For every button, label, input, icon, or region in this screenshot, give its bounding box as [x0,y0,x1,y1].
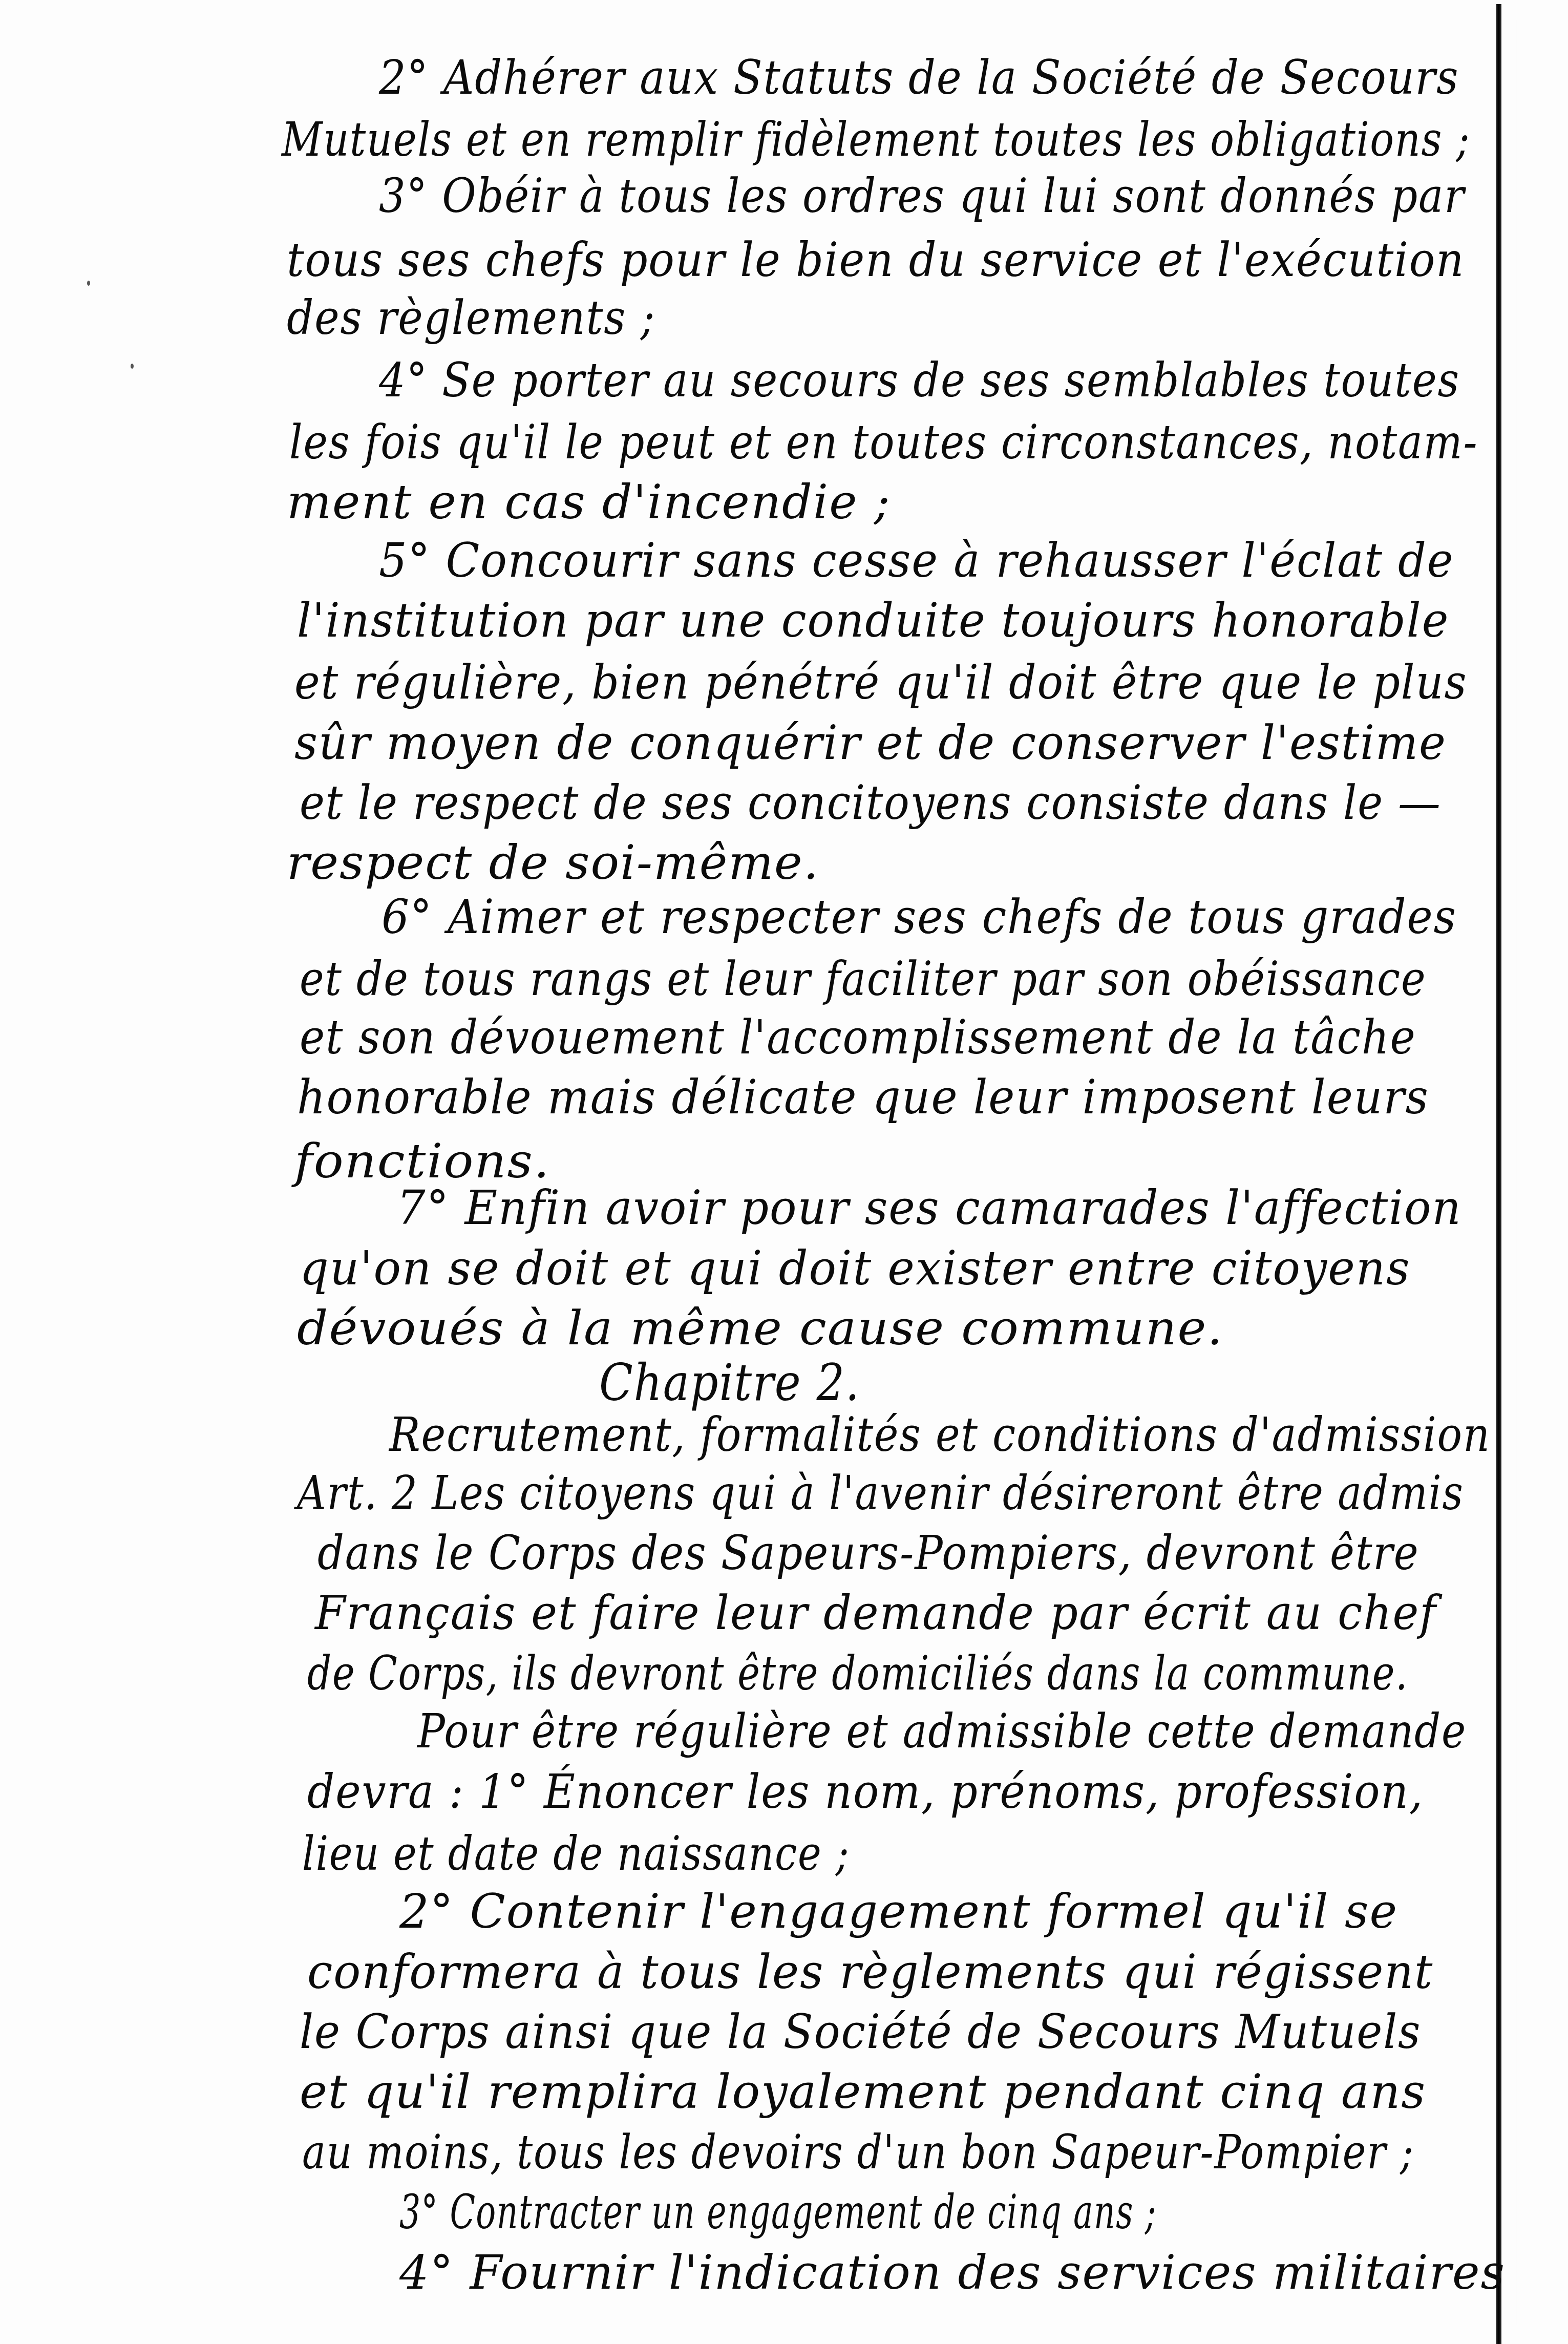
text-line: et son dévouement l'accomplissement de l… [300,1014,1416,1061]
text-line: ment en cas d'incendie ; [287,479,891,526]
text-line: 4° Fournir l'indication des services mil… [399,2249,1506,2296]
text-line: de Corps, ils devront être domiciliés da… [307,1650,1408,1697]
text-line: 3° Contracter un engagement de cinq ans … [399,2189,1157,2236]
text-line: sûr moyen de conquérir et de conserver l… [294,720,1447,767]
text-line: 2° Adhérer aux Statuts de la Société de … [379,54,1459,101]
text-line: 3° Obéir à tous les ordres qui lui sont … [379,173,1465,220]
text-line: et qu'il remplira loyalement pendant cin… [300,2068,1426,2116]
page-edge-shadow [1516,20,1516,2325]
text-line: des règlements ; [287,294,655,342]
text-line: 2° Contenir l'engagement formel qu'il se [399,1888,1398,1935]
text-line: et le respect de ses concitoyens consist… [300,779,1442,827]
text-line: tous ses chefs pour le bien du service e… [287,237,1465,284]
text-line: Français et faire leur demande par écrit… [315,1590,1437,1637]
text-line: au moins, tous les devoirs d'un bon Sape… [302,2129,1414,2176]
text-line: les fois qu'il le peut et en toutes circ… [289,419,1478,466]
text-line: conformera à tous les règlements qui rég… [307,1949,1433,1996]
text-line: le Corps ainsi que la Société de Secours… [300,2009,1421,2056]
text-line: 4° Se porter au secours de ses semblable… [379,357,1460,404]
text-line: et de tous rangs et leur faciliter par s… [300,956,1426,1003]
text-line: l'institution par une conduite toujours … [297,597,1449,644]
margin-rule [1496,4,1501,2344]
text-line: Recrutement, formalités et conditions d'… [389,1411,1491,1459]
text-line: Mutuels et en remplir fidèlement toutes … [282,116,1470,163]
text-line: fonctions. [294,1138,550,1185]
text-line: 6° Aimer et respecter ses chefs de tous … [382,894,1457,941]
text-line: qu'on se doit et qui doit exister entre … [300,1245,1411,1292]
handwritten-page: 2° Adhérer aux Statuts de la Société de … [0,0,1568,2344]
text-line: honorable mais délicate que leur imposen… [297,1074,1429,1121]
text-line: Art. 2 Les citoyens qui à l'avenir désir… [297,1470,1464,1517]
text-line: respect de soi-même. [287,839,819,886]
text-line: devra : 1° Énoncer les nom, prénoms, pro… [307,1768,1424,1815]
text-line: 7° Enfin avoir pour ses camarades l'affe… [397,1185,1462,1232]
ink-speck [87,281,90,286]
text-line: dans le Corps des Sapeurs-Pompiers, devr… [317,1530,1419,1577]
text-line: et régulière, bien pénétré qu'il doit êt… [294,659,1467,706]
text-line: lieu et date de naissance ; [302,1830,850,1877]
text-line: 5° Concourir sans cesse à rehausser l'éc… [379,537,1454,584]
chapter-heading: Chapitre 2. [599,1357,860,1408]
text-line: dévoués à la même cause commune. [297,1305,1223,1352]
ink-speck [131,364,134,369]
text-line: Pour être régulière et admissible cette … [417,1708,1467,1755]
